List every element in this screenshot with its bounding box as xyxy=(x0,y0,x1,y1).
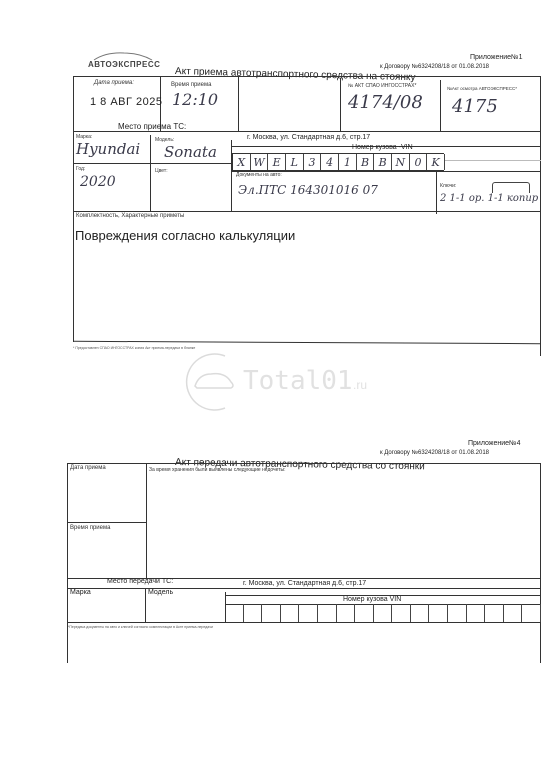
watermark: Total01 .ru xyxy=(185,352,385,412)
vin-cell xyxy=(448,604,467,622)
vin-char: W xyxy=(251,154,269,170)
notes-label: За время хранения были выявлены следующи… xyxy=(149,467,286,473)
vin-char: X xyxy=(233,154,251,170)
act-value: 4174/08 xyxy=(348,92,423,113)
release-place-label: Место передачи ТС: xyxy=(107,578,173,585)
inspect-label: №Акт осмотра АВТОЭКСПРЕСС* xyxy=(447,86,517,91)
vin-cell xyxy=(522,604,541,622)
place-label: Место приема ТС: xyxy=(118,122,186,131)
inspect-value: 4175 xyxy=(452,96,498,117)
footnote-1: * Предоставлен СПАО ИНГОССТРАХ копия Акт… xyxy=(73,346,195,350)
vin-cell xyxy=(504,604,523,622)
vin-char: 1 xyxy=(339,154,357,170)
vin-cell xyxy=(262,604,281,622)
vin-cell xyxy=(429,604,448,622)
color-label: Цвет: xyxy=(155,168,168,174)
watermark-car-icon xyxy=(185,352,245,412)
year-label: Год: xyxy=(76,166,85,172)
form-receive: Приложение№1 к Договору №6324208/18 от 0… xyxy=(0,0,560,360)
vin-cell xyxy=(318,604,337,622)
vin-cell xyxy=(244,604,263,622)
act-label: № АКТ СПАО ИНГОССТРАХ* xyxy=(348,83,416,89)
vin-char: B xyxy=(357,154,375,170)
vin-cell xyxy=(485,604,504,622)
keys-value: 2 1-1 ор. 1-1 копир xyxy=(440,193,538,204)
docs-label: Документы на авто: xyxy=(236,172,282,178)
release-vin-label: Номер кузова VIN xyxy=(343,596,401,603)
vin-cell xyxy=(411,604,430,622)
vin-char: 0 xyxy=(410,154,428,170)
time-value: 12:10 xyxy=(172,90,218,109)
vin-label-1: Номер кузова -VIN xyxy=(352,144,413,151)
vin-char: L xyxy=(286,154,304,170)
keys-label: Ключи: xyxy=(440,183,456,189)
release-brand-label: Марка xyxy=(70,589,91,596)
logo: АВТОЭКСПРЕСС xyxy=(88,57,152,71)
footnote-4: *Передача документы на авто и ключей сог… xyxy=(68,625,213,629)
appendix-1: Приложение№1 xyxy=(470,54,522,61)
vin-cell xyxy=(392,604,411,622)
vin-cell xyxy=(225,604,244,622)
vin-char: E xyxy=(268,154,286,170)
vin-cell xyxy=(467,604,486,622)
vin-char: N xyxy=(392,154,410,170)
vin-char: 4 xyxy=(321,154,339,170)
vin-grid-1: XWEL341BBN0K xyxy=(232,153,444,171)
vin-cell xyxy=(299,604,318,622)
vin-cell xyxy=(281,604,300,622)
brand-value: Hyundai xyxy=(76,140,140,158)
vin-char: 3 xyxy=(304,154,322,170)
contract-ref-4: к Договору №6324208/18 от 01.08.2018 xyxy=(380,450,489,456)
date-stamp: 1 8 АВГ 2025 xyxy=(90,96,163,108)
release-place-value: г. Москва, ул. Стандартная д.6, стр.17 xyxy=(243,580,366,587)
docs-value: Эл.ПТС 164301016 07 xyxy=(238,183,378,197)
form-release: Приложение№4 к Договору №6324208/18 от 0… xyxy=(0,430,560,630)
vin-char: B xyxy=(374,154,392,170)
year-value: 2020 xyxy=(80,174,116,190)
time-label: Время приема xyxy=(171,82,211,88)
vin-grid-4 xyxy=(225,604,541,622)
condition-label: Комплектность, Характерные приметы xyxy=(76,213,184,219)
vin-char: K xyxy=(427,154,445,170)
keys-bracket xyxy=(492,182,530,193)
contract-ref-1: к Договору №6324208/18 от 01.08.2018 xyxy=(380,64,489,70)
release-date-label: Дата приема xyxy=(70,465,106,471)
vin-cell xyxy=(337,604,356,622)
vin-cell xyxy=(355,604,374,622)
place-value: г. Москва, ул. Стандартная д.6, стр.17 xyxy=(247,134,370,141)
condition-value: Повреждения согласно калькуляции xyxy=(75,228,295,243)
model-value: Sonata xyxy=(164,143,217,161)
appendix-4: Приложение№4 xyxy=(468,440,520,447)
release-time-label: Время приема xyxy=(70,525,110,531)
vin-cell xyxy=(374,604,393,622)
date-label: Дата приема: xyxy=(94,80,134,86)
release-model-label: Модель xyxy=(148,589,173,596)
